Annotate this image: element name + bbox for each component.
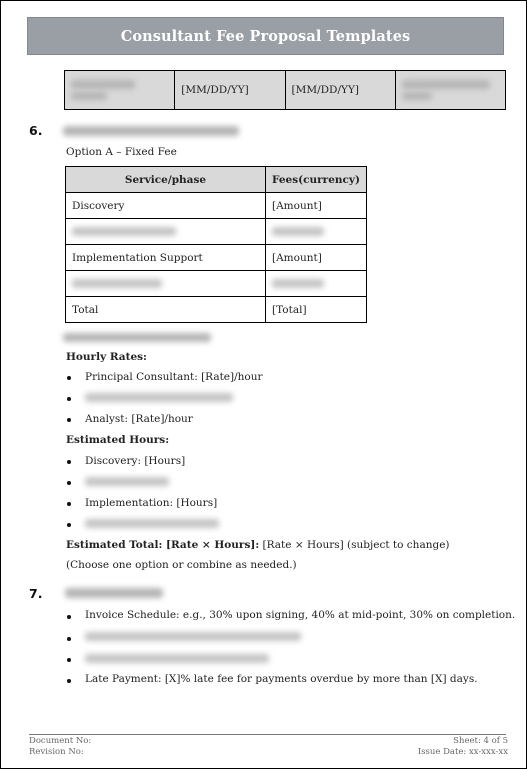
fee-cell-redacted (266, 271, 367, 297)
table-row-total: Total [Total] (66, 297, 367, 323)
bullet-icon (67, 637, 71, 641)
hourly-rate-item: Analyst: [Rate]/hour (85, 413, 193, 425)
fixed-fee-table: Service/phase Fees(currency) Discovery [… (65, 166, 367, 323)
redacted-text (71, 92, 107, 100)
redacted-text (72, 227, 176, 236)
table-row (66, 219, 367, 245)
footer-issue-date: Issue Date: xx-xxx-xx (418, 747, 508, 757)
estimated-hours-item-redacted (85, 477, 169, 486)
payment-term-item-redacted (85, 654, 269, 663)
estimated-hours-item-redacted (85, 519, 219, 528)
fee-table-header-fees: Fees(currency) (266, 167, 367, 193)
bullet-icon (67, 615, 71, 619)
redacted-text (272, 279, 324, 288)
document-title-banner: Consultant Fee Proposal Templates (27, 17, 504, 55)
redacted-text (72, 279, 162, 288)
hourly-rates-heading: Hourly Rates: (66, 351, 147, 363)
info-cell-date-1: [MM/DD/YY] (175, 71, 285, 110)
estimated-hours-item: Discovery: [Hours] (85, 455, 185, 467)
document-info-table: [MM/DD/YY] [MM/DD/YY] (64, 70, 506, 110)
hourly-rate-item-redacted (85, 393, 233, 402)
bullet-icon (67, 481, 71, 485)
section-6-title-redacted (63, 126, 239, 136)
service-cell-redacted (66, 271, 266, 297)
bullet-icon (67, 460, 71, 464)
section-7-title-redacted (65, 588, 163, 598)
table-row: Discovery [Amount] (66, 193, 367, 219)
bullet-icon (67, 376, 71, 380)
option-b-label-redacted (63, 333, 211, 342)
choose-option-note: (Choose one option or combine as needed.… (66, 559, 297, 571)
option-a-label: Option A – Fixed Fee (66, 146, 177, 158)
bullet-icon (67, 523, 71, 527)
footer-revision-no: Revision No: (29, 747, 84, 757)
footer-divider (29, 734, 506, 735)
table-row (66, 271, 367, 297)
payment-term-item: Invoice Schedule: e.g., 30% upon signing… (85, 609, 515, 621)
fee-cell: [Amount] (266, 193, 367, 219)
estimated-hours-heading: Estimated Hours: (66, 434, 169, 446)
footer-sheet: Sheet: 4 of 5 (453, 736, 508, 746)
bullet-icon (67, 658, 71, 662)
estimated-hours-item: Implementation: [Hours] (85, 497, 217, 509)
bullet-icon (67, 397, 71, 401)
fee-cell-redacted (266, 219, 367, 245)
service-cell-redacted (66, 219, 266, 245)
fee-table-header-service: Service/phase (66, 167, 266, 193)
info-cell-redacted-1 (65, 71, 175, 110)
fee-cell-total: [Total] (266, 297, 367, 323)
service-cell-total: Total (66, 297, 266, 323)
bullet-icon (67, 418, 71, 422)
redacted-text (402, 92, 432, 100)
section-7-number: 7. (29, 586, 42, 601)
estimated-total-label: Estimated Total: [Rate × Hours]: (66, 539, 259, 551)
redacted-text (272, 227, 324, 236)
document-page: Consultant Fee Proposal Templates [MM/DD… (0, 0, 527, 769)
payment-term-item-redacted (85, 632, 301, 641)
info-cell-redacted-2 (395, 71, 505, 110)
payment-term-item: Late Payment: [X]% late fee for payments… (85, 673, 478, 685)
service-cell: Implementation Support (66, 245, 266, 271)
redacted-text (71, 80, 135, 89)
table-row: Implementation Support [Amount] (66, 245, 367, 271)
service-cell: Discovery (66, 193, 266, 219)
info-cell-date-2: [MM/DD/YY] (285, 71, 395, 110)
estimated-total-value: [Rate × Hours] (subject to change) (259, 539, 449, 551)
document-title: Consultant Fee Proposal Templates (121, 28, 411, 45)
hourly-rate-item: Principal Consultant: [Rate]/hour (85, 371, 263, 383)
fee-cell: [Amount] (266, 245, 367, 271)
fee-table-header-row: Service/phase Fees(currency) (66, 167, 367, 193)
bullet-icon (67, 679, 71, 683)
section-6-number: 6. (29, 123, 42, 138)
estimated-total-line: Estimated Total: [Rate × Hours]: [Rate ×… (66, 539, 450, 551)
footer-document-no: Document No: (29, 736, 91, 746)
redacted-text (402, 80, 490, 89)
bullet-icon (67, 502, 71, 506)
